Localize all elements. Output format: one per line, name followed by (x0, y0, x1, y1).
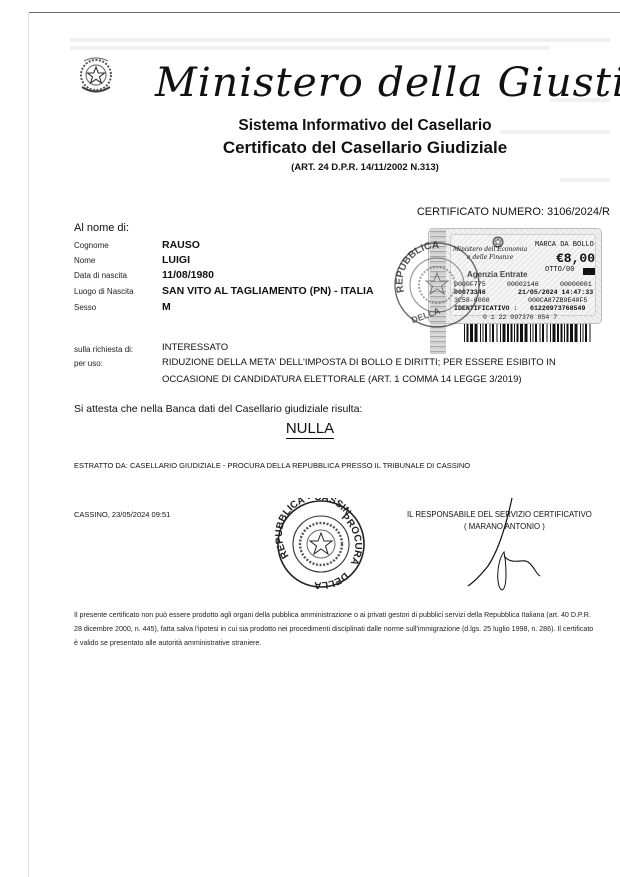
result-value-text: NULLA (286, 420, 334, 439)
stamp-identifier-value: 01220973768549 (530, 305, 585, 313)
ministry-title: Ministero della Giustizia (155, 60, 620, 106)
field-value-cognome: RAUSO (162, 239, 200, 251)
document-title: Certificato del Casellario Giudiziale (0, 138, 620, 158)
field-label-luogo-nascita: Luogo di Nascita (74, 287, 134, 296)
footer-legal-note: Il presente certificato non può essere p… (74, 608, 594, 650)
field-label-sesso: Sesso (74, 303, 96, 312)
extract-source: ESTRATTO DA: CASELLARIO GIUDIZIALE - PRO… (74, 461, 470, 470)
requester-label: sulla richiesta di: (74, 345, 133, 354)
field-value-nome: LUIGI (162, 254, 190, 266)
system-name: Sistema Informativo del Casellario (0, 117, 620, 135)
field-label-nome: Nome (74, 256, 95, 265)
stamp-datetime: 21/05/2024 14:47:33 (518, 289, 593, 297)
stamp-barcode-number: 0 1 22 097376 054 7 (483, 314, 557, 321)
result-value: NULLA (0, 420, 620, 437)
italian-republic-emblem-icon (74, 56, 118, 96)
stamp-type: MARCA DA BOLLO (535, 241, 594, 249)
field-value-luogo-nascita: SAN VITO AL TAGLIAMENTO (PN) - ITALIA (162, 285, 374, 297)
field-value-data-nascita: 11/08/1980 (162, 269, 214, 281)
scan-edge-top (28, 12, 620, 13)
stamp-row3-right: 000CA87ZB9E40F5 (528, 297, 587, 305)
stamp-row1-mid: 00002146 (507, 281, 539, 289)
bleed-through-line (560, 178, 610, 182)
certificate-number-label: CERTIFICATO NUMERO: (417, 206, 544, 218)
attestation-text: Si attesta che nella Banca dati del Case… (74, 403, 362, 415)
svg-text:PROCURA: PROCURA (339, 512, 363, 567)
svg-text:DELLA: DELLA (410, 305, 442, 325)
republic-round-stamp-icon: REPUBBLICA DELLA (392, 240, 482, 330)
stamp-marker (583, 268, 595, 275)
bleed-through-line (70, 46, 550, 50)
place-date: CASSINO, 23/05/2024 09:51 (74, 510, 170, 519)
person-section-label: Al nome di: (74, 222, 129, 234)
certificate-number-value: 3106/2024/R (547, 206, 610, 218)
svg-text:REPUBBLICA • CASSINO: REPUBBLICA • CASSINO (275, 498, 353, 560)
svg-text:DELLA: DELLA (314, 570, 351, 590)
stamp-row1-right: 00000001 (560, 281, 592, 289)
procura-della-repubblica-seal-icon: REPUBBLICA • CASSINO PROCURA DELLA (275, 498, 367, 590)
stamp-amount-words: OTTO/00 (545, 266, 574, 274)
field-label-cognome: Cognome (74, 241, 109, 250)
bleed-through-line (70, 38, 610, 42)
handwritten-signature-icon (440, 496, 570, 596)
legal-reference: (ART. 24 D.P.R. 14/11/2002 N.313) (0, 162, 620, 173)
stamp-amount: €8,00 (556, 251, 595, 266)
field-value-sesso: M (162, 301, 171, 313)
use-line2: OCCASIONE DI CANDIDATURA ELETTORALE (ART… (162, 372, 522, 387)
requester-value: INTERESSATO (162, 340, 228, 355)
certificate-number: CERTIFICATO NUMERO: 3106/2024/R (417, 206, 610, 218)
field-label-data-nascita: Data di nascita (74, 271, 127, 280)
use-label: per uso: (74, 359, 103, 368)
use-line1: RIDUZIONE DELLA META' DELL'IMPOSTA DI BO… (162, 355, 556, 370)
